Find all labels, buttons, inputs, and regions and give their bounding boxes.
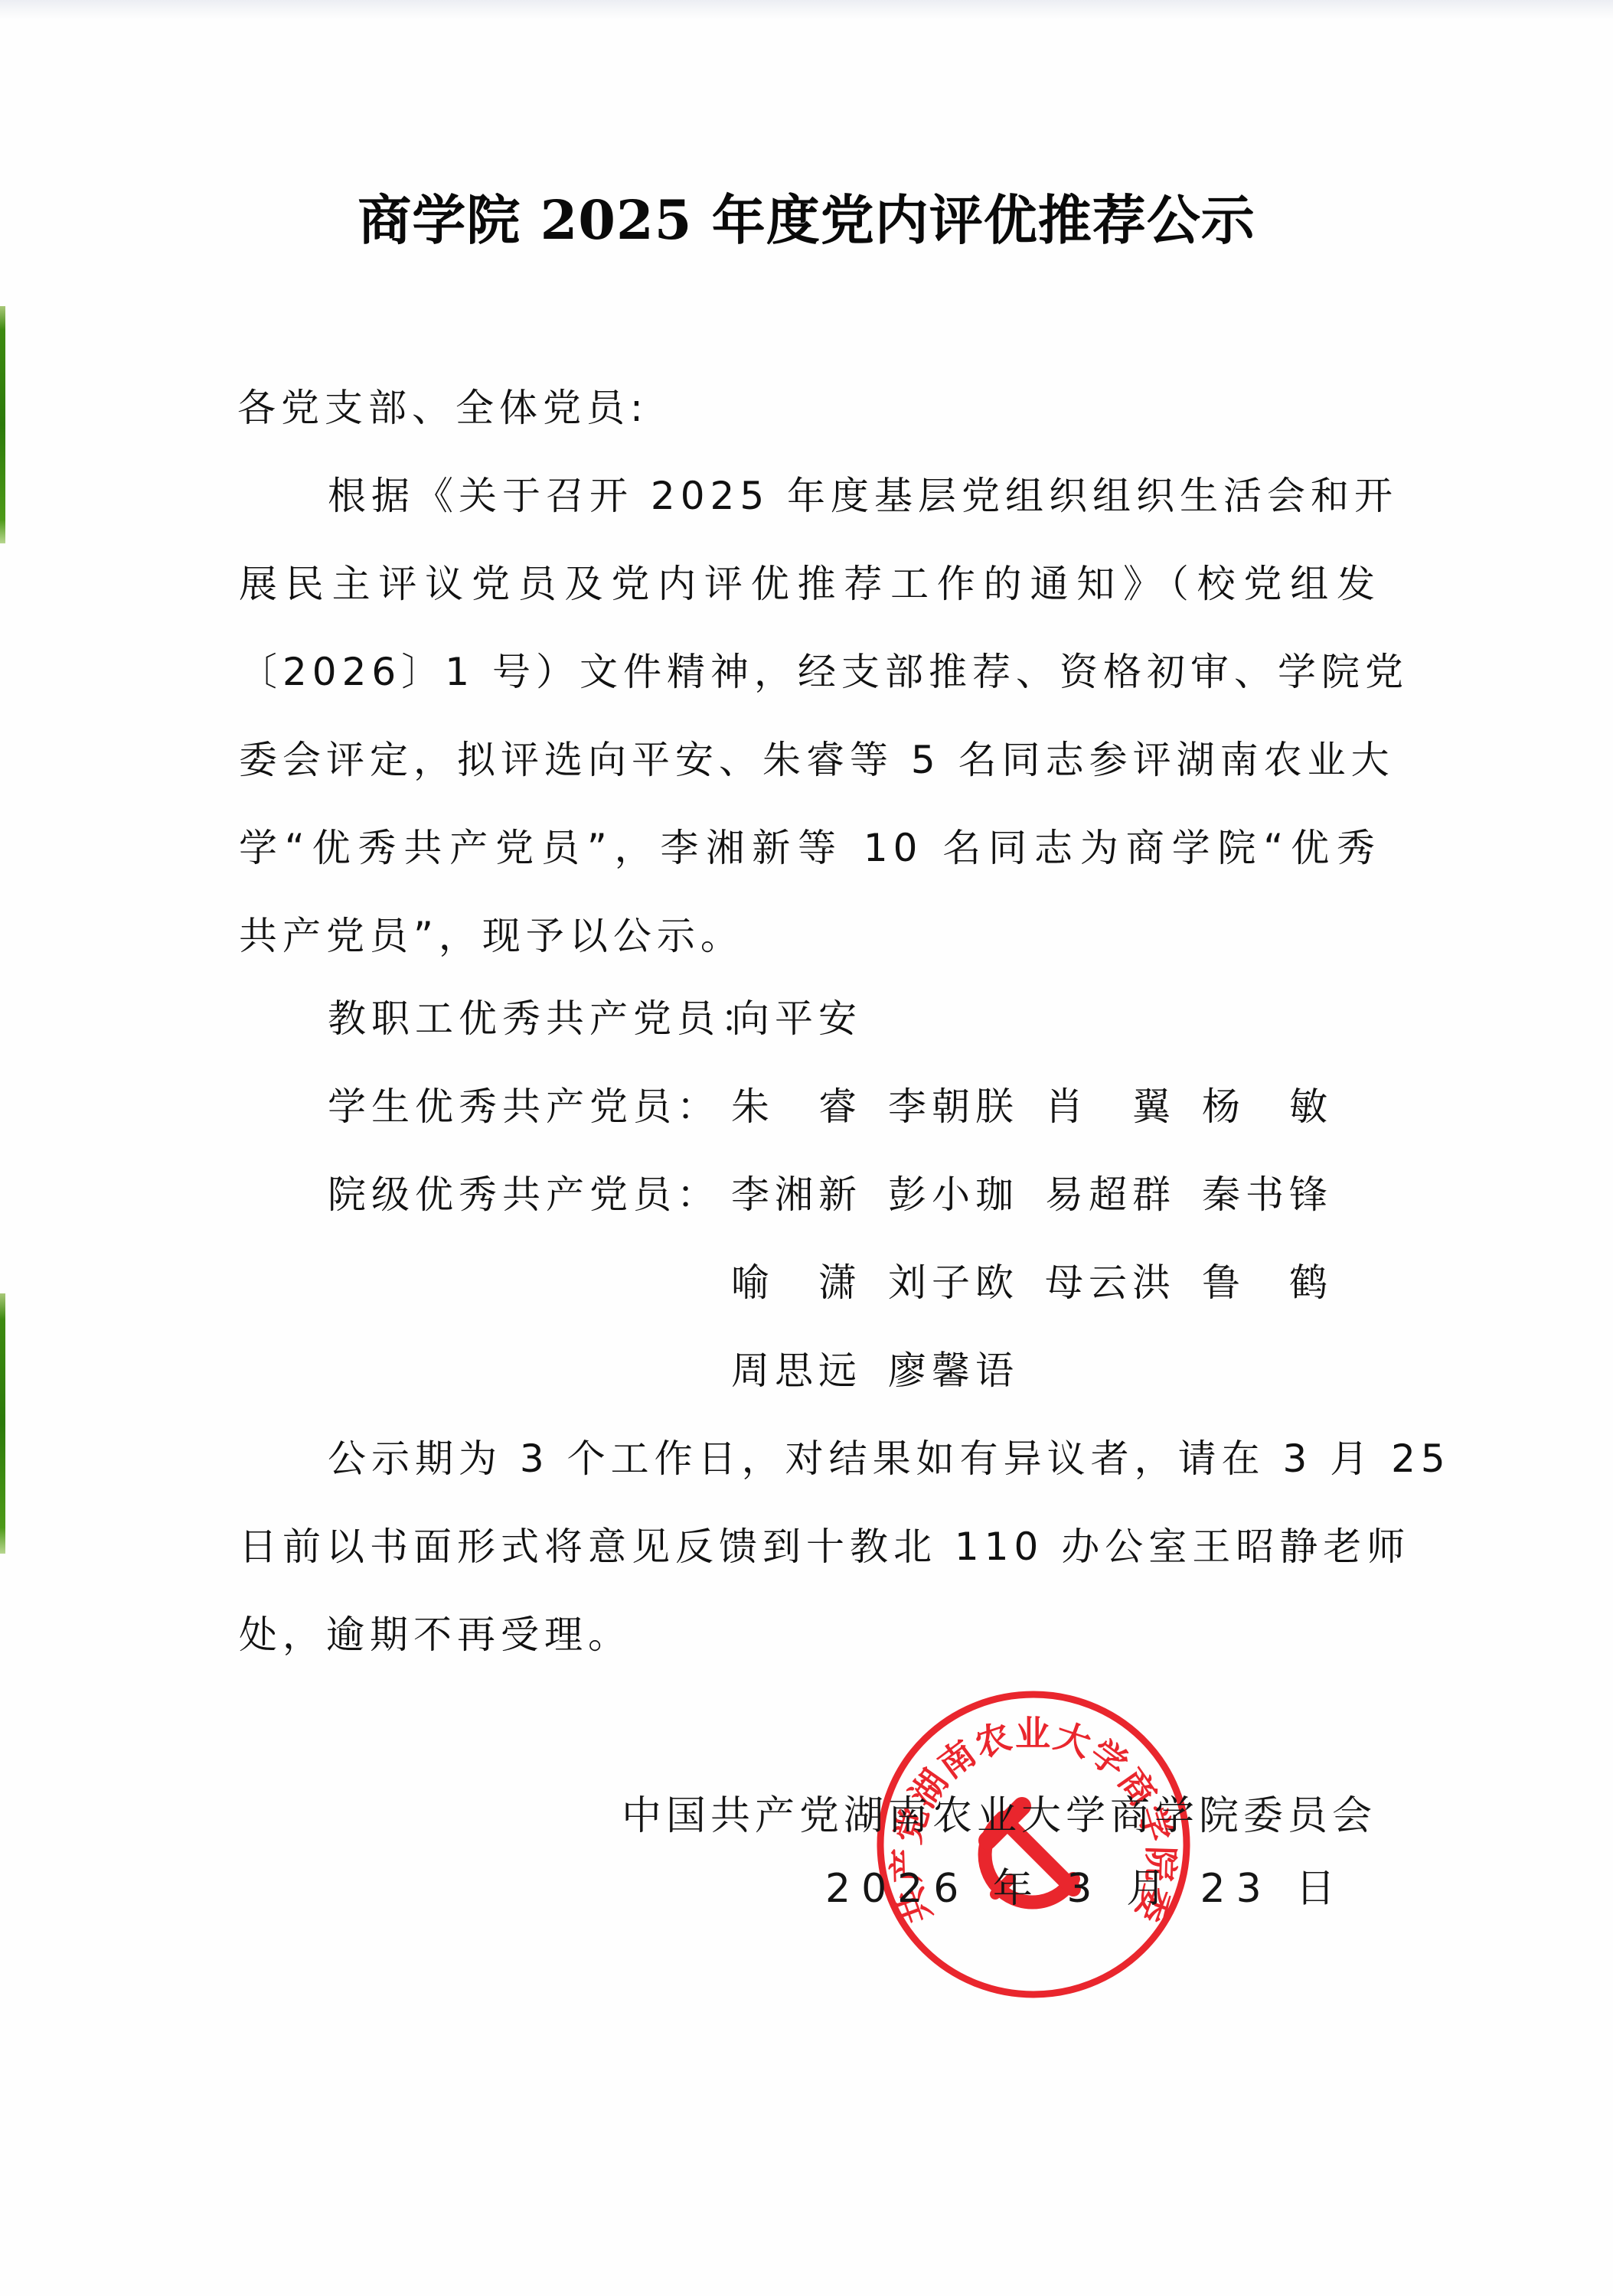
signature-date: 2026 年 3 月 23 日 [825, 1866, 1346, 1912]
nominee-name: 周思远 [731, 1348, 888, 1394]
nominee-row: 向平安 [731, 996, 888, 1042]
paragraph-line: 公示期为 3 个工作日，对结果如有异议者，请在 3 月 25 [328, 1436, 1380, 1482]
official-seal-icon: 中国共产党湖南农业大学商学院委员会 [873, 1684, 1194, 2005]
paragraph-line: 日前以书面形式将意见反馈到十教北 110 办公室王昭静老师 [239, 1524, 1380, 1570]
nominee-row: 朱 睿 李朝朕 肖 翼 杨 敏 [731, 1084, 1359, 1130]
paragraph-line: 〔2026〕1 号）文件精神，经支部推荐、资格初审、学院党 [239, 649, 1380, 695]
nominee-name: 喻 潇 [731, 1260, 888, 1306]
nominee-name: 廖馨语 [888, 1348, 1045, 1394]
document-title: 商学院 2025 年度党内评优推荐公示 [0, 178, 1613, 255]
nominee-list-label: 教职工优秀共产党员： [328, 996, 764, 1042]
document-page: 商学院 2025 年度党内评优推荐公示 各党支部、全体党员: 根据《关于召开 2… [0, 0, 1613, 2296]
nominee-name: 鲁 鹤 [1202, 1260, 1359, 1306]
paragraph-line: 共产党员”，现予以公示。 [239, 913, 744, 959]
paragraph-line: 处，逾期不再受理。 [239, 1612, 632, 1658]
nominee-name: 杨 敏 [1202, 1084, 1359, 1130]
nominee-list-label: 学生优秀共产党员： [328, 1084, 720, 1130]
nominee-name: 秦书锋 [1202, 1172, 1359, 1218]
nominee-name: 母云洪 [1045, 1260, 1202, 1306]
nominee-row: 周思远 廖馨语 [731, 1348, 1045, 1394]
nominee-row: 喻 潇 刘子欧 母云洪 鲁 鹤 [731, 1260, 1359, 1306]
nominee-name: 刘子欧 [888, 1260, 1045, 1306]
nominee-name: 李朝朕 [888, 1084, 1045, 1130]
paragraph-line: 展民主评议党员及党内评优推荐工作的通知》（校党组发 [239, 561, 1380, 607]
nominee-name: 李湘新 [731, 1172, 888, 1218]
nominee-name: 彭小珈 [888, 1172, 1045, 1218]
salutation: 各党支部、全体党员: [237, 385, 648, 431]
signature-organization: 中国共产党湖南农业大学商学院委员会 [622, 1793, 1376, 1839]
paragraph-line: 根据《关于召开 2025 年度基层党组织组织生活会和开 [328, 473, 1380, 519]
nominee-name: 易超群 [1045, 1172, 1202, 1218]
paragraph-line: 学“优秀共产党员”，李湘新等 10 名同志为商学院“优秀 [239, 825, 1380, 871]
nominee-list-label: 院级优秀共产党员： [328, 1172, 720, 1218]
nominee-row: 李湘新 彭小珈 易超群 秦书锋 [731, 1172, 1359, 1218]
nominee-name: 向平安 [731, 996, 888, 1042]
nominee-name: 朱 睿 [731, 1084, 888, 1130]
nominee-name: 肖 翼 [1045, 1084, 1202, 1130]
paragraph-line: 委会评定，拟评选向平安、朱睿等 5 名同志参评湖南农业大 [239, 737, 1380, 783]
